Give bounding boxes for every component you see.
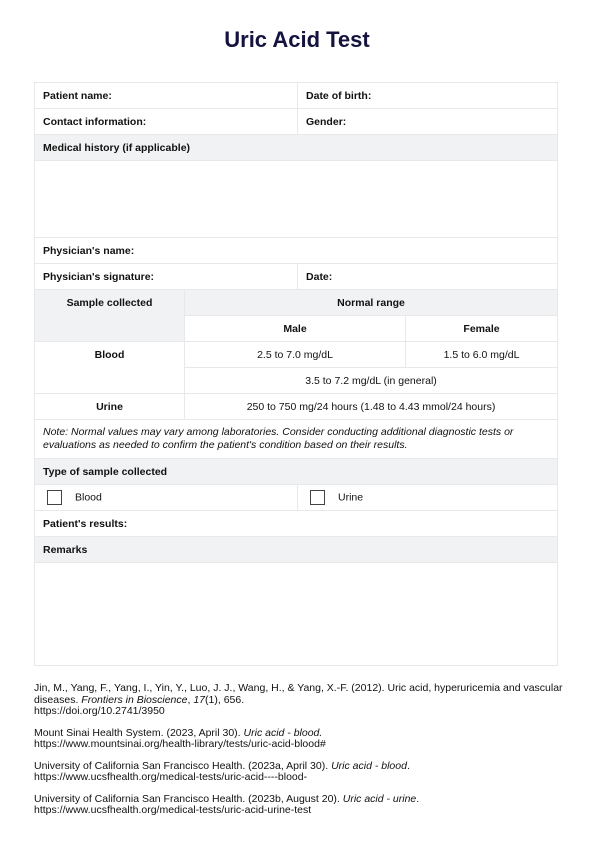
urine-checkbox[interactable] (310, 490, 325, 505)
patient-results-field[interactable]: Patient's results: (35, 511, 558, 537)
male-header: Male (185, 316, 406, 342)
blood-checkbox-label: Blood (75, 492, 102, 504)
sample-collected-header: Sample collected (35, 290, 185, 342)
reference-text: . (407, 760, 410, 772)
reference-volume: 17 (193, 694, 205, 706)
urine-sample-label: Urine (35, 394, 185, 420)
physician-name-field[interactable]: Physician's name: (35, 238, 558, 264)
female-header: Female (406, 316, 558, 342)
patient-name-field[interactable]: Patient name: (35, 83, 298, 109)
urine-range: 250 to 750 mg/24 hours (1.48 to 4.43 mmo… (185, 394, 558, 420)
blood-male-range: 2.5 to 7.0 mg/dL (185, 342, 406, 368)
medical-history-input[interactable] (35, 161, 558, 238)
medical-history-header: Medical history (if applicable) (35, 135, 558, 161)
references: Jin, M., Yang, F., Yang, I., Yin, Y., Lu… (34, 683, 564, 827)
reference-url[interactable]: https://www.mountsinai.org/health-librar… (34, 738, 326, 750)
remarks-header: Remarks (35, 537, 558, 563)
remarks-input[interactable] (35, 563, 558, 666)
blood-female-range: 1.5 to 6.0 mg/dL (406, 342, 558, 368)
reference-journal: Frontiers in Bioscience (81, 694, 187, 706)
sample-option-blood[interactable]: Blood (35, 485, 298, 511)
blood-sample-label: Blood (35, 342, 185, 394)
reference-title: Uric acid - blood. (244, 727, 323, 739)
ranges-note: Note: Normal values may vary among labor… (35, 420, 558, 459)
normal-range-header: Normal range (185, 290, 558, 316)
physician-signature-field[interactable]: Physician's signature: (35, 264, 298, 290)
date-field[interactable]: Date: (298, 264, 558, 290)
reference-text: University of California San Francisco H… (34, 760, 331, 772)
reference-text: Mount Sinai Health System. (2023, April … (34, 727, 244, 739)
blood-general-range: 3.5 to 7.2 mg/dL (in general) (185, 368, 558, 394)
reference-title: Uric acid - urine (343, 793, 417, 805)
reference-item: University of California San Francisco H… (34, 794, 564, 817)
reference-url[interactable]: https://www.ucsfhealth.org/medical-tests… (34, 771, 307, 783)
dob-field[interactable]: Date of birth: (298, 83, 558, 109)
reference-text: University of California San Francisco H… (34, 793, 343, 805)
uric-acid-form: Patient name: Date of birth: Contact inf… (34, 82, 558, 666)
blood-checkbox[interactable] (47, 490, 62, 505)
reference-item: Mount Sinai Health System. (2023, April … (34, 728, 564, 751)
sample-type-header: Type of sample collected (35, 459, 558, 485)
reference-url[interactable]: https://doi.org/10.2741/3950 (34, 705, 165, 717)
gender-field[interactable]: Gender: (298, 109, 558, 135)
reference-title: Uric acid - blood (331, 760, 407, 772)
reference-text: (1), 656. (205, 694, 244, 706)
reference-item: Jin, M., Yang, F., Yang, I., Yin, Y., Lu… (34, 683, 564, 718)
page-title: Uric Acid Test (0, 27, 594, 53)
reference-text: . (416, 793, 419, 805)
contact-info-field[interactable]: Contact information: (35, 109, 298, 135)
urine-checkbox-label: Urine (338, 492, 363, 504)
sample-option-urine[interactable]: Urine (298, 485, 558, 511)
reference-item: University of California San Francisco H… (34, 761, 564, 784)
reference-url[interactable]: https://www.ucsfhealth.org/medical-tests… (34, 804, 311, 816)
